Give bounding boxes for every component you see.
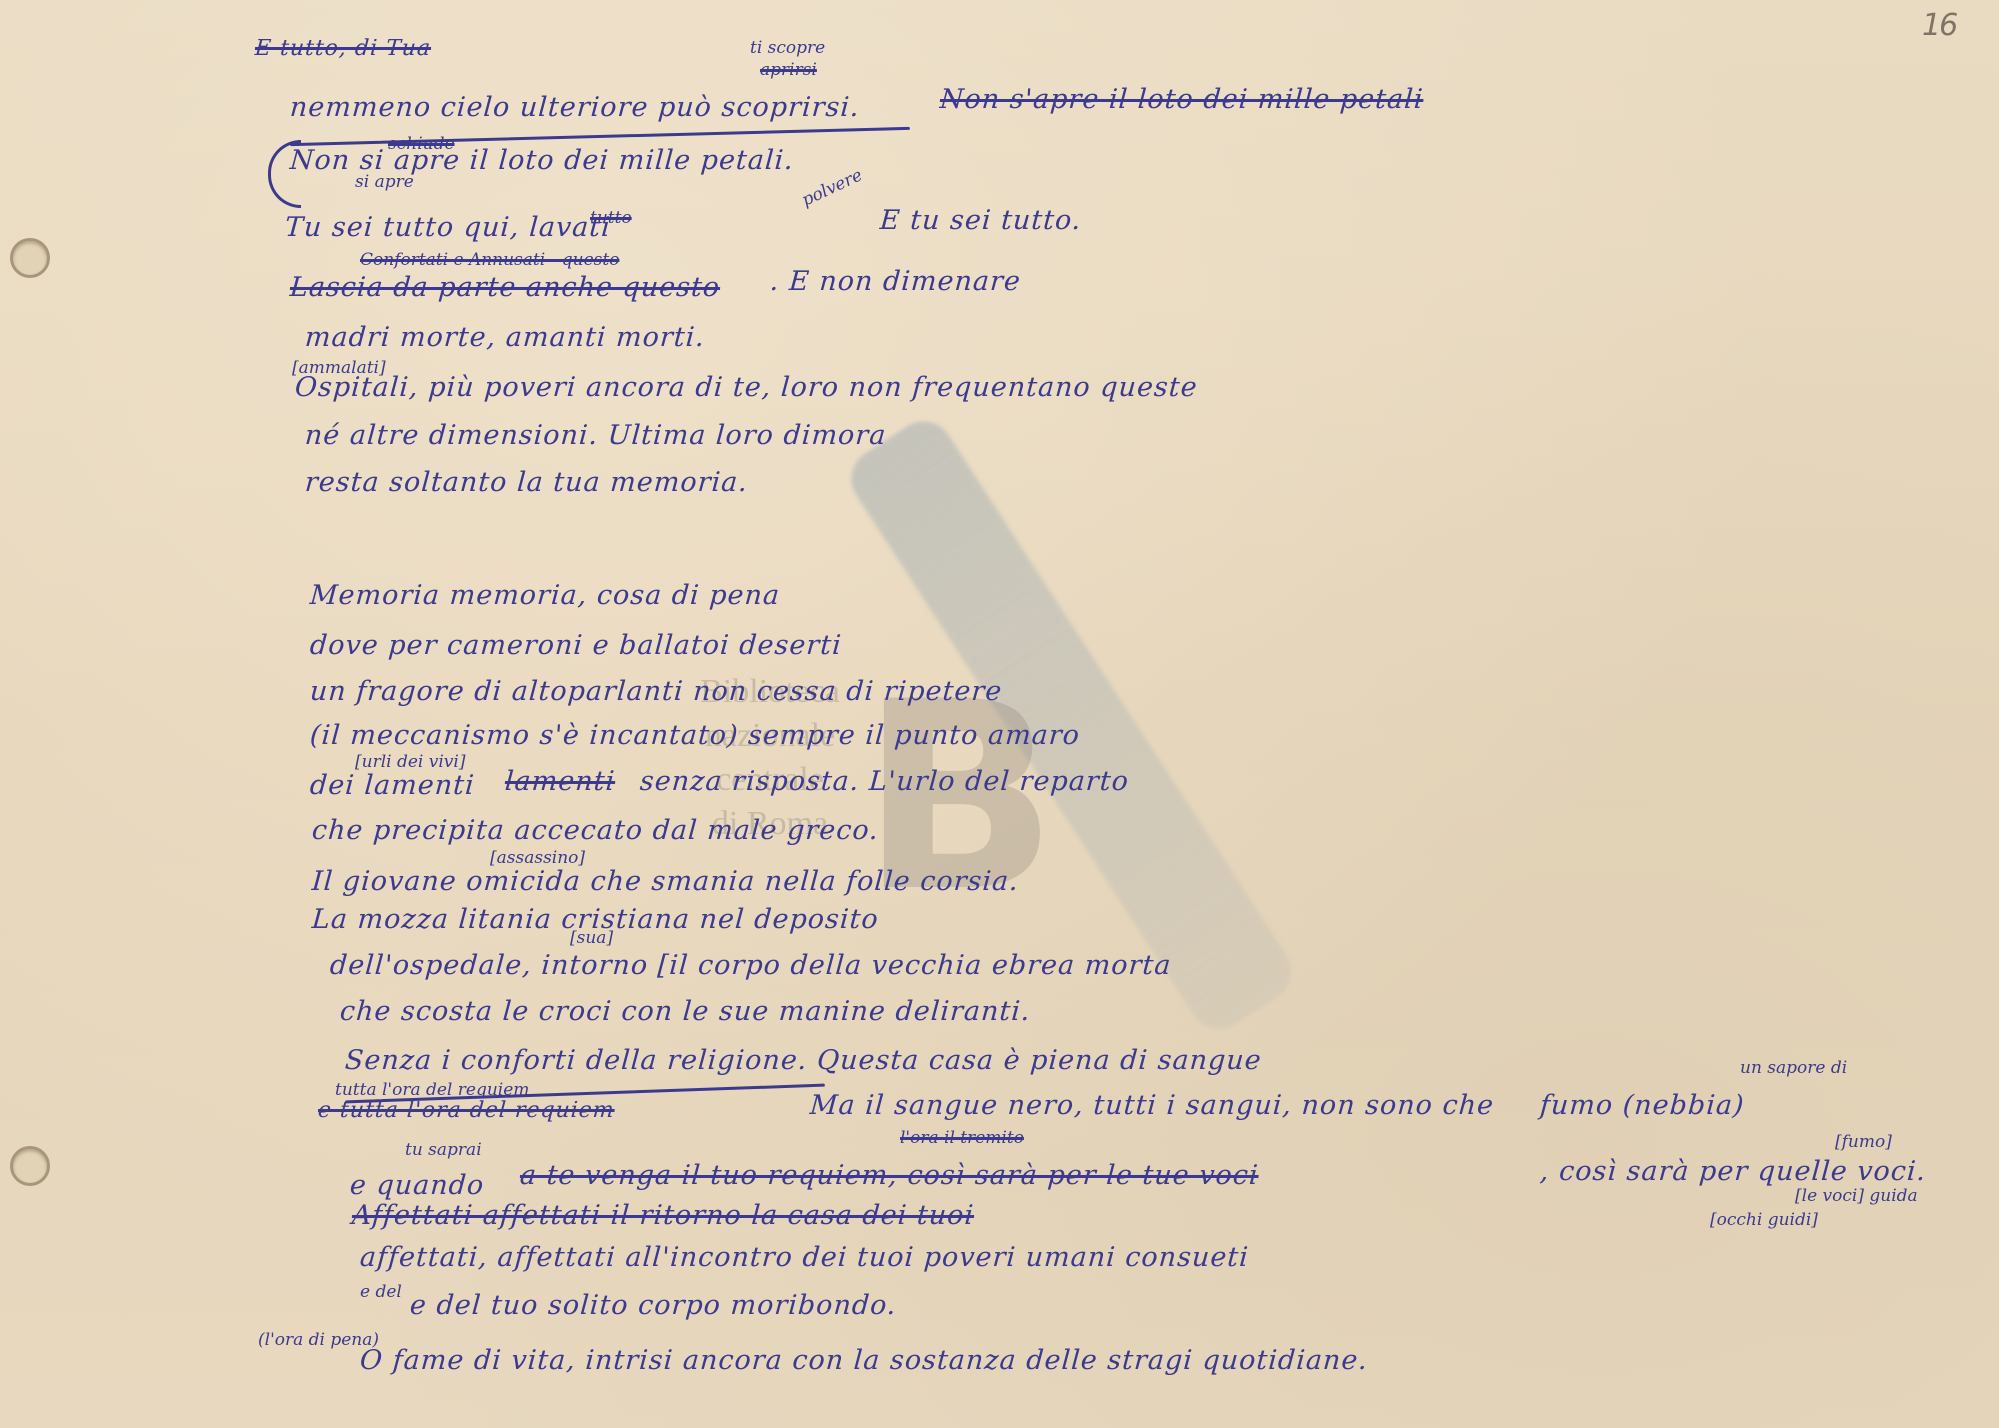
manuscript-line: dove per cameroni e ballatoi deserti — [309, 630, 843, 661]
annotation: [occhi guidi] — [1710, 1210, 1818, 1230]
manuscript-line: e quando — [349, 1170, 485, 1201]
binder-hole-top — [10, 238, 50, 278]
insertion-line — [290, 127, 910, 146]
manuscript-line: Senza i conforti della religione. Questa… — [344, 1045, 1263, 1076]
manuscript-line: affettati, affettati all'incontro dei tu… — [359, 1242, 1250, 1273]
manuscript-line: e tutta l'ora del requiem — [317, 1098, 615, 1123]
manuscript-line: fumo (nebbia) — [1539, 1090, 1746, 1121]
manuscript-line: Memoria memoria, cosa di pena — [309, 580, 781, 611]
manuscript-line: (il meccanismo s'è incantato) sempre il … — [309, 720, 1081, 751]
manuscript-line: che scosta le croci con le sue manine de… — [339, 996, 1032, 1027]
manuscript-line: e del tuo solito corpo moribondo. — [409, 1290, 898, 1321]
manuscript-line: un fragore di altoparlanti non cessa di … — [309, 676, 1003, 707]
annotation: [sua] — [570, 928, 613, 948]
page-number: 16 — [1922, 8, 1956, 43]
annotation: polvere — [799, 165, 866, 210]
manuscript-line: né altre dimensioni. Ultima loro dimora — [304, 420, 888, 451]
manuscript-line: Non si apre il loto dei mille petali. — [289, 145, 795, 176]
manuscript-line: . E non dimenare — [769, 266, 1022, 297]
manuscript-line: lamenti — [504, 766, 616, 797]
annotation: [fumo] — [1835, 1132, 1892, 1152]
annotation: tu saprai — [405, 1140, 482, 1160]
manuscript-line: senza risposta. L'urlo del reparto — [639, 766, 1130, 797]
manuscript-line: Non s'apre il loto dei mille petali — [939, 84, 1425, 115]
annotation: Confortati e Annusati - questo — [360, 250, 619, 270]
annotation: e del — [360, 1282, 402, 1302]
manuscript-line: nemmeno cielo ulteriore può scoprirsi. — [289, 92, 861, 123]
manuscript-line: Ospitali, più poveri ancora di te, loro … — [294, 372, 1199, 403]
manuscript-line: dell'ospedale, intorno [il corpo della v… — [329, 950, 1173, 981]
annotation: ti scopre — [750, 38, 825, 58]
manuscript-line: Affettati affettati il ritorno la casa d… — [351, 1200, 975, 1231]
annotation: [le voci] guida — [1795, 1186, 1918, 1206]
manuscript-line: Il giovane omicida che smania nella foll… — [311, 866, 1020, 897]
annotation: aprirsi — [760, 60, 817, 80]
manuscript-line: dei lamenti — [309, 770, 476, 801]
manuscript-line: O fame di vita, intrisi ancora con la so… — [359, 1345, 1369, 1376]
annotation: un sapore di — [1740, 1058, 1847, 1078]
binder-hole-bottom — [10, 1146, 50, 1186]
annotation: [assassino] — [490, 848, 585, 868]
manuscript-line: E tutto, di Tua — [254, 36, 432, 61]
manuscript-line: Ma il sangue nero, tutti i sangui, non s… — [809, 1090, 1495, 1121]
manuscript-line: resta soltanto la tua memoria. — [304, 467, 749, 498]
manuscript-line: Lascia da parte anche questo — [289, 272, 721, 303]
annotation: l'ora il tremito — [900, 1128, 1024, 1148]
annotation: [urli dei vivi] — [355, 752, 465, 772]
manuscript-line: , così sarà per quelle voci. — [1539, 1156, 1927, 1187]
manuscript-line: Tu sei tutto qui, lavati — [284, 212, 612, 243]
manuscript-line: a te venga il tuo requiem, così sarà per… — [519, 1160, 1260, 1191]
manuscript-line: madri morte, amanti morti. — [304, 322, 706, 353]
manuscript-line: che precipita accecato dal male greco. — [311, 815, 880, 846]
manuscript-page: 16 B Biblioteca nazionale centrale di Ro… — [0, 0, 1999, 1428]
annotation: tutta l'ora del requiem — [335, 1080, 529, 1100]
manuscript-line: E tu sei tutto. — [879, 205, 1083, 236]
